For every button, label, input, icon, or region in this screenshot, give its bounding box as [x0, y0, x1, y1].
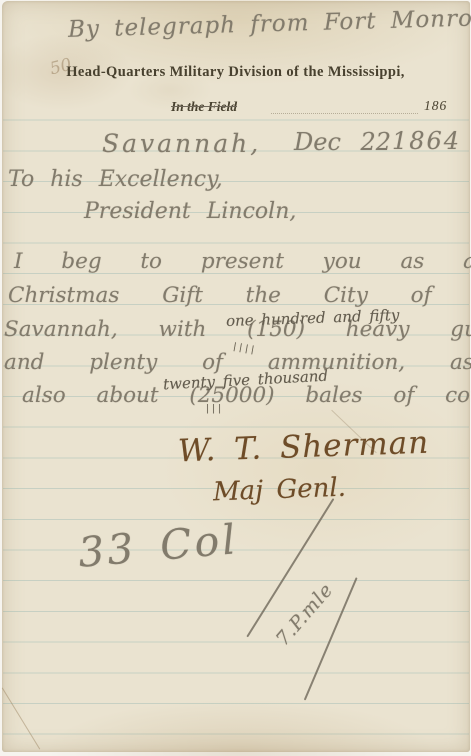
dateline-place: Savannah,	[102, 129, 261, 158]
letterhead-field-label: In the Field	[171, 99, 237, 115]
dateline-date: Dec 22	[294, 128, 391, 156]
letterhead-title: Head-Quarters Military Division of the M…	[0, 64, 471, 81]
salutation-excellency: To his Excellency,	[8, 167, 223, 192]
tick-marks-cotton: |||	[206, 404, 224, 414]
salutation-president-lincoln: President Lincoln,	[84, 199, 296, 224]
dateline-year: 1864	[392, 127, 461, 155]
letterhead-year-stub: 186	[424, 98, 447, 114]
scanned-letter-screenshot: { "document": { "telegraph_note": "By te…	[0, 0, 471, 756]
body-line: Christmas Gift the City of	[8, 283, 432, 308]
signature-rank: Maj Genl.	[213, 473, 347, 508]
letterhead-dotted-leader	[271, 100, 418, 114]
body-line: I beg to present you as a	[14, 249, 471, 274]
